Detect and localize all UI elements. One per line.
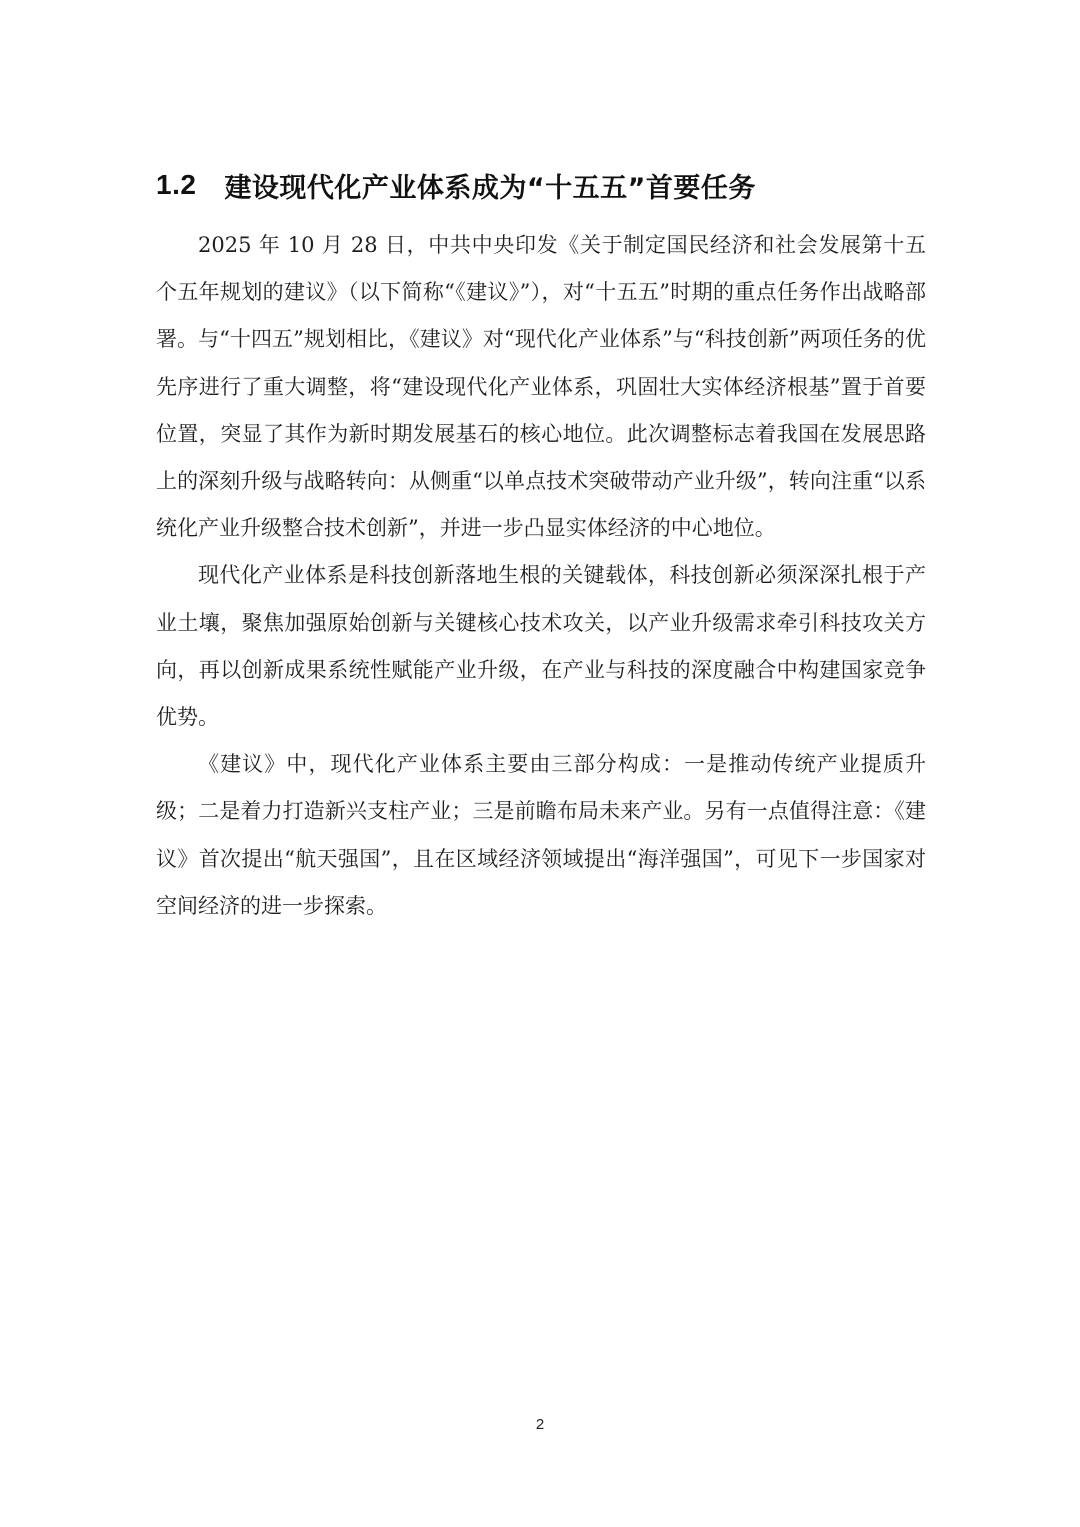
paragraph: 《建议》中，现代化产业体系主要由三部分构成：一是推动传统产业提质升级；二是着力打… (156, 741, 926, 930)
paragraph: 现代化产业体系是科技创新落地生根的关键载体，科技创新必须深深扎根于产业土壤，聚焦… (156, 552, 926, 741)
body-text: 2025 年 10 月 28 日，中共中央印发《关于制定国民经济和社会发展第十五… (156, 222, 926, 930)
section-number: 1.2 (156, 169, 196, 201)
document-page: 1.2 建设现代化产业体系成为“十五五”首要任务 2025 年 10 月 28 … (0, 0, 1080, 1527)
page-number: 2 (0, 1416, 1080, 1433)
paragraph: 2025 年 10 月 28 日，中共中央印发《关于制定国民经济和社会发展第十五… (156, 222, 926, 552)
section-title: 建设现代化产业体系成为“十五五”首要任务 (224, 166, 756, 205)
section-heading: 1.2 建设现代化产业体系成为“十五五”首要任务 (156, 162, 936, 208)
